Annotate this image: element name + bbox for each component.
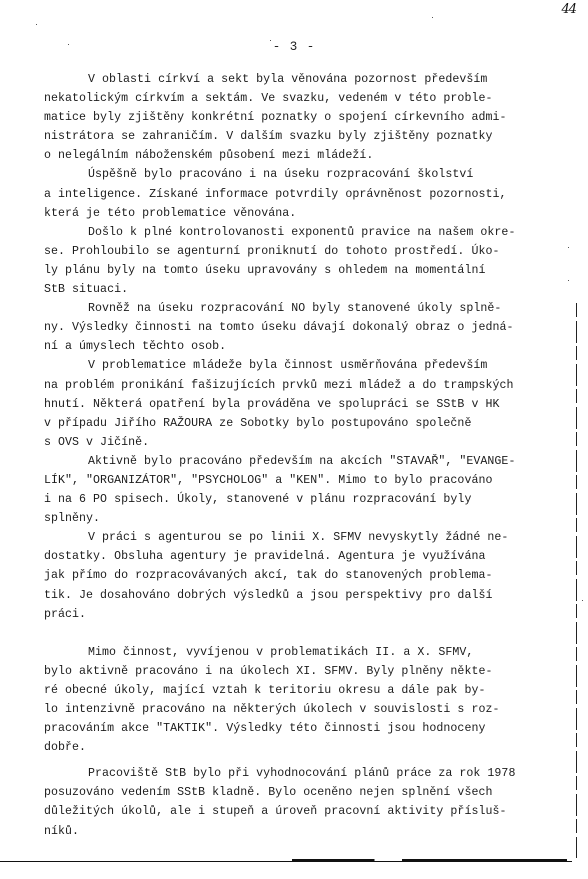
text-line: nekatolickým církvím a sektám. Ve svazku… (44, 89, 564, 108)
scan-speck (568, 247, 569, 248)
right-margin-rule (576, 303, 577, 858)
text-line: Rovněž na úseku rozpracování NO byly sta… (44, 299, 564, 318)
handwritten-folio-number: 44 (561, 2, 576, 17)
text-line: V práci s agenturou se po linii X. SFMV … (44, 528, 564, 547)
text-line: Aktivně bylo pracováno především na akcí… (44, 452, 564, 471)
paragraph: Pracoviště StB bylo při vyhodnocování pl… (44, 764, 564, 840)
paragraph-gap (44, 624, 564, 643)
text-line: Úspěšně bylo pracováno i na úseku rozpra… (44, 165, 564, 184)
text-line-content: V oblasti církví a sekt byla věnována po… (88, 73, 487, 86)
text-line: V problematice mládeže byla činnost usmě… (44, 356, 564, 375)
scan-speck (270, 40, 271, 41)
text-line: dobře. (44, 738, 564, 757)
text-line: ly plánu byly na tomto úseku upravovány … (44, 261, 564, 280)
text-line: se. Prohloubilo se agenturní proniknutí … (44, 242, 564, 261)
text-line: lo intenzivně pracováno na některých úko… (44, 700, 564, 719)
text-line: dostatky. Obsluha agentury je pravidelná… (44, 547, 564, 566)
document-body: V oblasti církví a sekt byla věnována po… (44, 70, 564, 841)
paragraph-gap (44, 757, 564, 764)
text-line: splněny. (44, 509, 564, 528)
text-line: práci. (44, 605, 564, 624)
text-line-content: V práci s agenturou se po linii X. SFMV … (88, 531, 508, 544)
text-line: v případu Jiřího RAŽOURA ze Sobotky bylo… (44, 414, 564, 433)
paragraph: Došlo k plné kontrolovanosti exponentů p… (44, 223, 564, 299)
text-line-content: Došlo k plné kontrolovanosti exponentů p… (88, 226, 515, 239)
text-line: ní a úmyslech těchto osob. (44, 337, 564, 356)
scan-speck (68, 44, 69, 45)
text-line: hnutí. Některá opatření byla prováděna v… (44, 395, 564, 414)
text-line: ré obecné úkoly, mající vztah k teritori… (44, 681, 564, 700)
paragraph: Aktivně bylo pracováno především na akcí… (44, 452, 564, 528)
text-line: s OVS v Jičíně. (44, 433, 564, 452)
text-line: ny. Výsledky činnosti na tomto úseku dáv… (44, 318, 564, 337)
text-line: StB situaci. (44, 280, 564, 299)
text-line: jak přímo do rozpracovávaných akcí, tak … (44, 566, 564, 585)
text-line-content: Rovněž na úseku rozpracování NO byly sta… (88, 302, 501, 315)
text-line: a inteligence. Získané informace potvrdi… (44, 185, 564, 204)
paragraph: Mimo činnost, vyvíjenou v problematikách… (44, 643, 564, 758)
text-line: posuzováno vedením SStB kladně. Bylo oce… (44, 783, 564, 802)
text-line: i na 6 PO spisech. Úkoly, stanovené v pl… (44, 490, 564, 509)
scan-speck (582, 600, 583, 601)
text-line: nistrátora se zahraničím. V dalším svazk… (44, 127, 564, 146)
text-line: matice byly zjištěny konkrétní poznatky … (44, 108, 564, 127)
paragraph: V oblasti církví a sekt byla věnována po… (44, 70, 564, 165)
text-line: tik. Je dosahováno dobrých výsledků a js… (44, 586, 564, 605)
text-line: Došlo k plné kontrolovanosti exponentů p… (44, 223, 564, 242)
text-line: níků. (44, 822, 564, 841)
paragraph: Úspěšně bylo pracováno i na úseku rozpra… (44, 165, 564, 222)
text-line: na problém pronikání fašizujících prvků … (44, 376, 564, 395)
text-line-content: Úspěšně bylo pracováno i na úseku rozpra… (88, 168, 473, 181)
paragraph: Rovněž na úseku rozpracování NO byly sta… (44, 299, 564, 356)
text-line: o nelegálním náboženském působení mezi m… (44, 146, 564, 165)
paragraph: V problematice mládeže byla činnost usmě… (44, 356, 564, 451)
text-line-content: Aktivně bylo pracováno především na akcí… (88, 455, 515, 468)
document-page: 44 - 3 - V oblasti církví a sekt byla vě… (0, 0, 588, 879)
paragraph: V práci s agenturou se po linii X. SFMV … (44, 528, 564, 623)
text-line-content: Pracoviště StB bylo při vyhodnocování pl… (88, 767, 515, 780)
text-line-content: V problematice mládeže byla činnost usmě… (88, 359, 487, 372)
text-line: Mimo činnost, vyvíjenou v problematikách… (44, 643, 564, 662)
text-line: která je této problematice věnována. (44, 204, 564, 223)
text-line-content: Mimo činnost, vyvíjenou v problematikách… (88, 646, 473, 659)
scan-speck (568, 280, 569, 281)
text-line: bylo aktivně pracováno i na úkolech XI. … (44, 662, 564, 681)
text-line: pracováním akce "TAKTIK". Výsledky této … (44, 719, 564, 738)
page-number: - 3 - (0, 40, 588, 54)
text-line: Pracoviště StB bylo při vyhodnocování pl… (44, 764, 564, 783)
text-line: důležitých úkolů, ale i stupeň a úroveň … (44, 802, 564, 821)
bottom-rule-thick (292, 859, 567, 861)
scan-speck (432, 17, 433, 18)
text-line: LÍK", "ORGANIZÁTOR", "PSYCHOLOG" a "KEN"… (44, 471, 564, 490)
bottom-rule (0, 861, 572, 862)
text-line: V oblasti církví a sekt byla věnována po… (44, 70, 564, 89)
scan-speck (36, 24, 37, 25)
